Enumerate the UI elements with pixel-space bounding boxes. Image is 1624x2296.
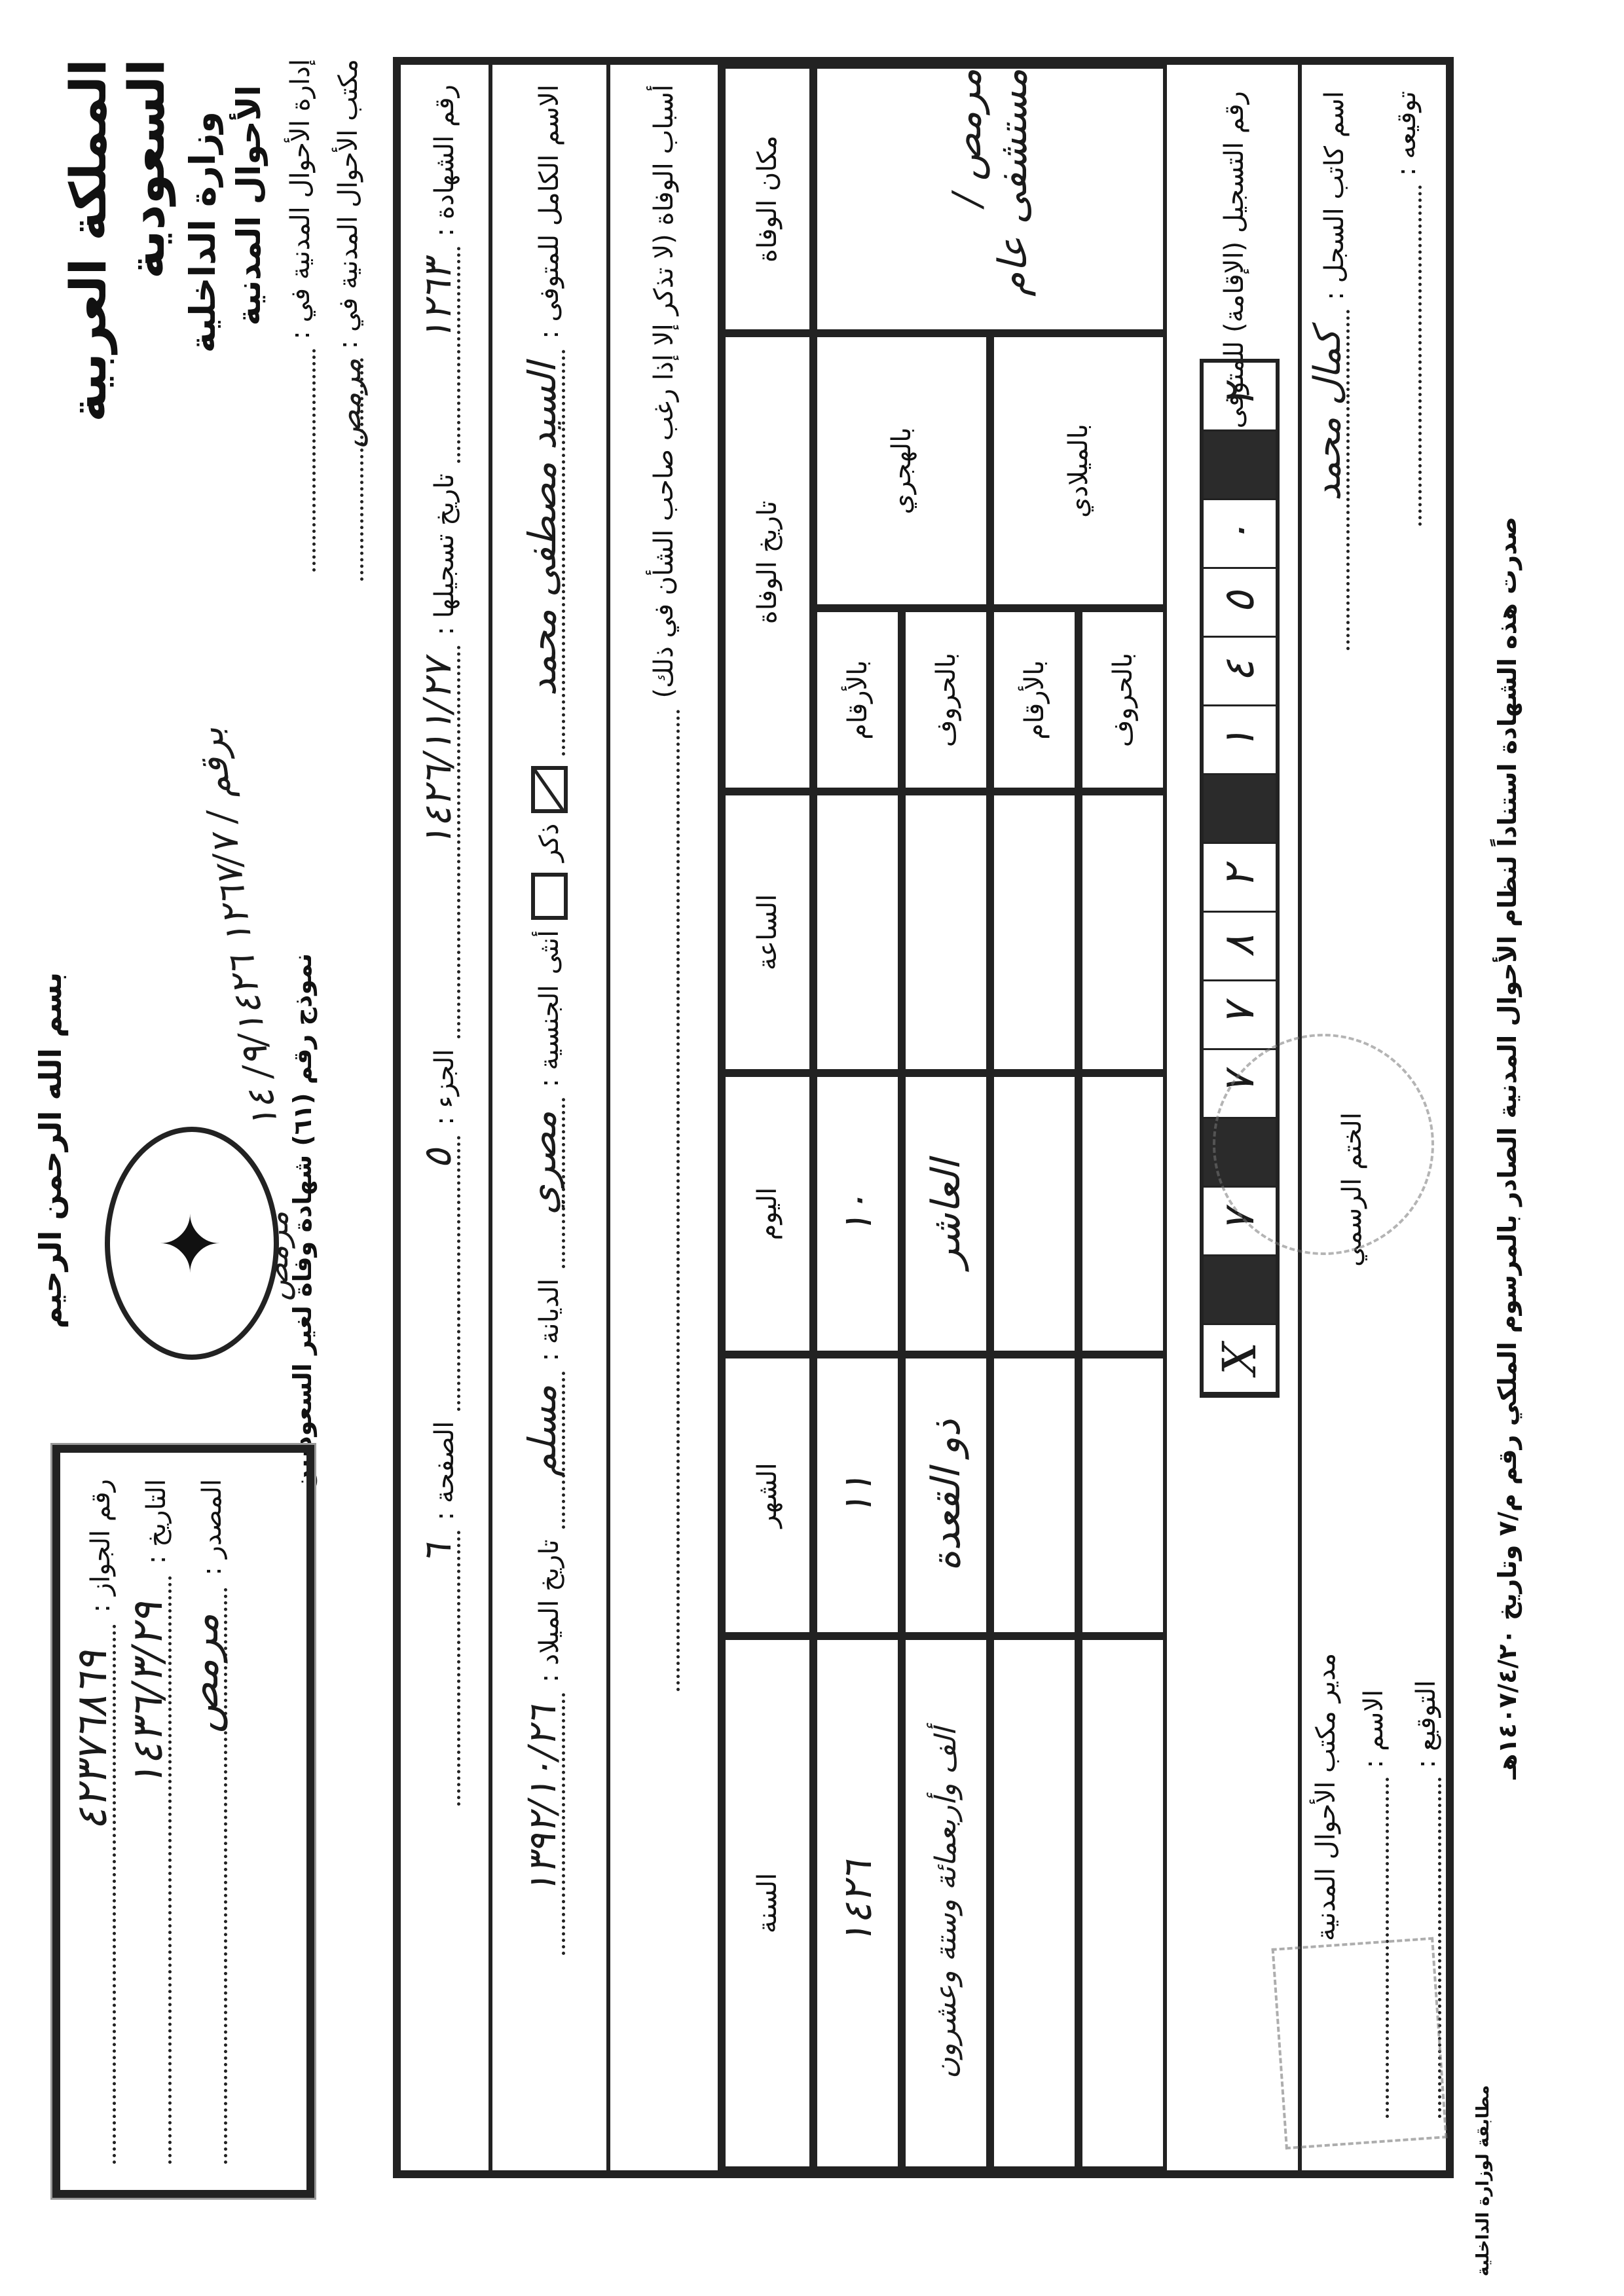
- registration-digit-box: ٧: [1204, 981, 1276, 1050]
- bismillah-heading: بسم الله الرحمن الرحيم: [33, 954, 68, 1347]
- registration-digit-box: ٨: [1204, 913, 1276, 981]
- clerk-name-value: كمال محمد: [1306, 329, 1349, 501]
- registration-digit-box: ٥: [1204, 569, 1276, 638]
- registration-digit-box: ١: [1204, 706, 1276, 775]
- gregorian-day-numeric: [990, 1073, 1079, 1355]
- gregorian-month-numeric: [990, 1355, 1079, 1636]
- gregorian-month-letters: [1079, 1355, 1167, 1636]
- passport-issuer-value: مرمص: [179, 1614, 228, 1733]
- issuer-header: المملكة العربية السعودية وزارة الداخلية …: [59, 59, 363, 635]
- manager-signature-label: التوقيع :: [1411, 1680, 1441, 1768]
- gregorian-label: بالميلادي: [990, 333, 1167, 608]
- header-day: اليوم: [722, 1073, 813, 1355]
- certificate-info-row: رقم الشهادة : ١٢٦٣ تاريخ تسجيلها : ١٤٢٦/…: [401, 65, 492, 2170]
- gregorian-year-numeric: [990, 1636, 1079, 2170]
- part-label: الجزء :: [430, 1049, 460, 1125]
- hijri-year-numeric: ١٤٢٦: [813, 1636, 902, 2170]
- registration-digit-box: [1204, 775, 1276, 844]
- full-name-value: السيد مصطفى محمد: [520, 363, 564, 696]
- certificate-number-value: ١٢٦٣: [415, 260, 460, 342]
- gregorian-hour-numeric: [990, 792, 1079, 1073]
- place-of-death-value: مرمص / مستشفى عام: [813, 65, 1167, 333]
- passport-issuer-label: المصدر :: [197, 1479, 227, 1576]
- death-certificate-page: بسم الله الرحمن الرحيم المملكة العربية ا…: [0, 0, 1624, 2296]
- clerk-signature-label: توقيعه :: [1392, 91, 1422, 176]
- clerk-signature-line: [1390, 185, 1422, 526]
- passport-number-label: رقم الجواز :: [86, 1479, 116, 1613]
- manager-title: مدير مكتب الأحوال المدنية: [1311, 1653, 1341, 1941]
- part-value: ٥: [415, 1149, 460, 1169]
- cause-of-death-row: أسباب الوفاة (لا تذكر إلا إذا رغب صاحب ا…: [610, 65, 722, 2170]
- clerk-name-field: اسم كاتب السجل : كمال محمد: [1318, 91, 1350, 650]
- sex-female-checkbox: [531, 873, 568, 920]
- hijri-hour-letters: [902, 792, 990, 1073]
- sex-male-label: ذكر: [534, 824, 564, 862]
- nationality-label: الجنسية :: [534, 985, 564, 1087]
- registration-digit-box: ٢: [1204, 363, 1276, 431]
- gregorian-letters-label: بالحروف: [1079, 608, 1167, 792]
- full-name-label: الاسم الكامل للمتوفى :: [534, 84, 564, 339]
- registration-digit-box: ٢: [1204, 844, 1276, 913]
- hijri-hour-numeric: [813, 792, 902, 1073]
- passport-date-value: ١٤٣٦/٣/٢٩: [124, 1602, 172, 1788]
- passport-number-value: ٤٢٣٧٦٨٦٩: [68, 1650, 117, 1831]
- signatures-section: اسم كاتب السجل : كمال محمد توقيعه : الخت…: [1304, 65, 1455, 2170]
- registration-digit-box: ٤: [1204, 638, 1276, 706]
- gregorian-day-letters: [1079, 1073, 1167, 1355]
- hijri-day-numeric: ١٠: [813, 1073, 902, 1355]
- kingdom-title: المملكة العربية السعودية: [59, 59, 175, 635]
- hijri-year-letters: ألف وأربعمائة وستة وعشرون: [902, 1636, 990, 2170]
- agency-title: الأحوال المدنية: [230, 85, 268, 635]
- religion-label: الديانة :: [534, 1279, 564, 1361]
- civil-affairs-office-label: مكتب الأحوال المدنية في :: [333, 59, 363, 349]
- registration-digit-box: X: [1204, 1325, 1276, 1394]
- certificate-number-label: رقم الشهادة :: [430, 84, 460, 236]
- registration-digit-box: [1204, 1256, 1276, 1325]
- hijri-month-letters: ذو القعدة: [902, 1355, 990, 1636]
- passport-issuer-field: المصدر : مرمص: [191, 1479, 227, 2164]
- header-place: مكان الوفاة: [722, 65, 813, 333]
- form-title: نموذج رقم (٦١) شهادة وفاة لغير السعوديين: [288, 953, 317, 1491]
- passport-number-field: رقم الجواز : ٤٢٣٧٦٨٦٩: [80, 1479, 116, 2164]
- nationality-value: مصري: [520, 1111, 564, 1215]
- passport-date-field: التاريخ : ١٤٣٦/٣/٢٩: [136, 1479, 172, 2164]
- corner-stamp: مطابقة لوزارة الداخلية: [1473, 2085, 1493, 2276]
- passport-date-label: التاريخ :: [141, 1479, 172, 1564]
- birth-date-value: ١٣٩٢/١٠/٢٦: [520, 1706, 564, 1895]
- registration-number-boxes: X٧٧٧٨٢١٤٥٠٢: [1200, 359, 1280, 1398]
- header-hour: الساعة: [722, 792, 813, 1073]
- civil-affairs-admin-field: إدارة الأحوال المدنية في :: [284, 59, 316, 635]
- sex-male-checkbox: [531, 766, 568, 813]
- sex-female-label: أنثى: [534, 930, 564, 975]
- religion-value: مسلم: [520, 1385, 564, 1477]
- manager-stamp: [1272, 1937, 1448, 2150]
- hijri-day-letters: العاشر: [902, 1073, 990, 1355]
- registration-digit-box: [1204, 431, 1276, 500]
- saudi-emblem-icon: ✦: [105, 1127, 279, 1360]
- civil-affairs-admin-value: [284, 349, 316, 572]
- gregorian-numerals-label: بالأرقام: [990, 608, 1079, 792]
- cause-of-death-label: أسباب الوفاة (لا تذكر إلا إذا رغب صاحب ا…: [649, 84, 679, 699]
- header-month: الشهر: [722, 1355, 813, 1636]
- registration-date-value: ١٤٢٦/١١/٢٧: [415, 659, 460, 847]
- legal-footer: صدرت هذه الشهادة استناداً لنظام الأحوال …: [1493, 236, 1522, 2060]
- header-year: السنة: [722, 1636, 813, 2170]
- registration-digit-box: ٠: [1204, 500, 1276, 569]
- passport-reference-box: رقم الجواز : ٤٢٣٧٦٨٦٩ التاريخ : ١٤٣٦/٣/٢…: [52, 1445, 314, 2198]
- hijri-numerals-label: بالأرقام: [813, 608, 902, 792]
- hijri-label: بالهجري: [813, 333, 990, 608]
- clerk-name-label: اسم كاتب السجل :: [1319, 91, 1350, 301]
- death-details-table: مكان الوفاة تاريخ الوفاة الساعة اليوم ال…: [722, 65, 1167, 2170]
- civil-affairs-office-value: مرمص: [331, 358, 363, 581]
- ministry-title: وزارة الداخلية: [182, 111, 223, 635]
- official-seal-stamp: [1213, 1034, 1434, 1255]
- manager-name-label: الاسم :: [1359, 1690, 1389, 1768]
- hijri-month-numeric: ١١: [813, 1355, 902, 1636]
- page-label: الصفحة :: [430, 1421, 460, 1521]
- header-date: تاريخ الوفاة: [722, 333, 813, 792]
- registration-date-label: تاريخ تسجيلها :: [430, 473, 460, 635]
- handwritten-reference: برقم / ١٢٦٧/٧ ٩/١٤٢٦/ ١٤: [188, 725, 286, 1131]
- certificate-frame: رقم الشهادة : ١٢٦٣ تاريخ تسجيلها : ١٤٢٦/…: [393, 57, 1454, 2178]
- gregorian-year-letters: [1079, 1636, 1167, 2170]
- page-value: ٦: [415, 1544, 460, 1564]
- hijri-letters-label: بالحروف: [902, 608, 990, 792]
- deceased-info-row: الاسم الكامل للمتوفى : السيد مصطفى محمد …: [492, 65, 610, 2170]
- gregorian-hour-letters: [1079, 792, 1167, 1073]
- clerk-signature-field: توقيعه :: [1390, 91, 1422, 526]
- civil-affairs-admin-label: إدارة الأحوال المدنية في :: [286, 59, 316, 340]
- civil-affairs-office-field: مكتب الأحوال المدنية في : مرمص: [331, 59, 363, 635]
- birth-date-label: تاريخ الميلاد :: [534, 1539, 564, 1683]
